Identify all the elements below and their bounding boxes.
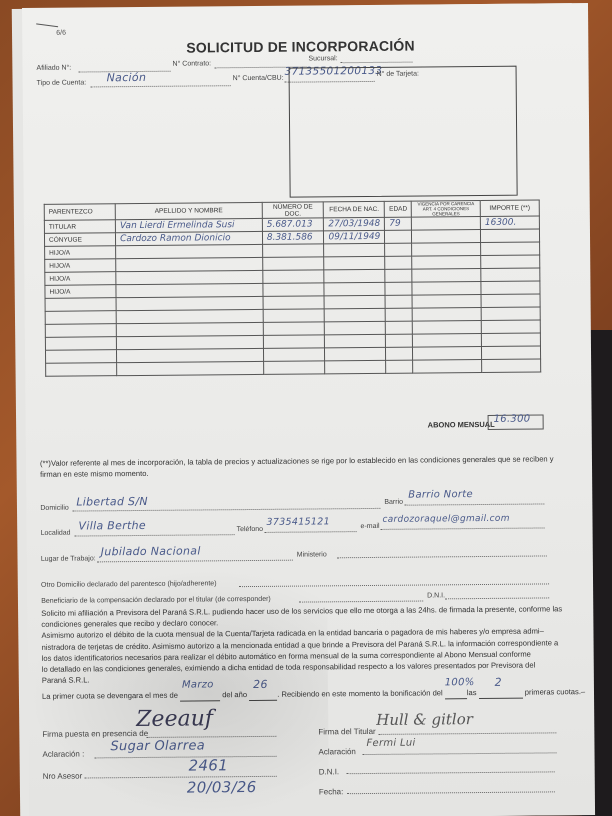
nro-asesor-value: 2461 bbox=[189, 756, 229, 774]
cell-edad[interactable] bbox=[385, 230, 412, 243]
dni-beneficiario-field[interactable] bbox=[445, 597, 549, 599]
footnote-text: (**)Valor referente al mes de incorporac… bbox=[40, 453, 560, 480]
domicilio-value: Libertad S/N bbox=[76, 495, 148, 509]
cell-nombre[interactable] bbox=[116, 296, 263, 310]
col-fecha-nac: FECHA DE NAC. bbox=[324, 201, 385, 218]
trabajo-field[interactable] bbox=[97, 560, 293, 563]
cell-nombre[interactable] bbox=[116, 244, 263, 258]
aclaracion-asesor-label: Aclaración : bbox=[42, 749, 84, 758]
telefono-label: Teléfono bbox=[237, 526, 264, 533]
cell-fecha-nac[interactable] bbox=[325, 334, 386, 348]
cell-nombre[interactable] bbox=[116, 335, 263, 349]
firma-presencia-field[interactable] bbox=[146, 736, 276, 738]
contrato-label: N° Contrato: bbox=[172, 60, 211, 67]
dni-titular-label: D.N.I. bbox=[319, 767, 340, 776]
cell-parentesco bbox=[45, 298, 116, 312]
tipo-cuenta-label: Tipo de Cuenta: bbox=[37, 79, 87, 86]
cell-edad[interactable] bbox=[385, 295, 412, 308]
pen-mark bbox=[36, 23, 58, 27]
telefono-field[interactable] bbox=[265, 531, 357, 533]
year-value: 26 bbox=[253, 679, 268, 690]
barrio-label: Barrio bbox=[384, 499, 403, 506]
localidad-label: Localidad bbox=[41, 530, 71, 537]
cell-edad[interactable] bbox=[385, 308, 412, 321]
cuotas-field[interactable]: 2 bbox=[479, 687, 523, 700]
asesor-signature: Zeeauf bbox=[136, 706, 213, 732]
cuotas-value: 2 bbox=[495, 677, 502, 688]
cell-fecha-nac[interactable] bbox=[324, 295, 385, 309]
cell-fecha-nac[interactable] bbox=[325, 360, 386, 374]
otro-domicilio-label: Otro Domicilio declarado del parentesco … bbox=[41, 580, 217, 589]
domicilio-field[interactable] bbox=[72, 508, 380, 512]
year-field[interactable]: 26 bbox=[249, 689, 277, 701]
cell-vigencia[interactable] bbox=[413, 308, 482, 322]
cell-nombre[interactable]: Van Lierdi Ermelinda Susi bbox=[115, 218, 262, 232]
sucursal-label: Sucursal: bbox=[308, 55, 337, 62]
cell-fecha-nac[interactable] bbox=[325, 308, 386, 322]
col-importe: IMPORTE (**) bbox=[480, 200, 539, 217]
cell-nombre[interactable] bbox=[116, 322, 263, 336]
cell-parentesco: CÓNYUGE bbox=[44, 233, 115, 247]
firma-titular-field[interactable] bbox=[378, 732, 556, 735]
otro-domicilio-field[interactable] bbox=[239, 583, 549, 587]
cell-edad[interactable] bbox=[385, 269, 412, 282]
fecha-nac-value: 27/03/1948 bbox=[328, 219, 380, 229]
fecha-asesor-value: 20/03/26 bbox=[187, 778, 257, 797]
cell-fecha-nac[interactable] bbox=[324, 269, 385, 283]
cell-importe[interactable] bbox=[481, 346, 540, 360]
col-nombre: APELLIDO Y NOMBRE bbox=[115, 202, 262, 219]
cell-parentesco bbox=[45, 350, 116, 364]
sucursal-field[interactable] bbox=[340, 62, 412, 64]
cell-importe[interactable]: 16300. bbox=[480, 216, 539, 230]
authorization-paragraph: Solicito mi afiliación a Previsora del P… bbox=[41, 603, 582, 686]
email-value: cardozoraquel@gmail.com bbox=[382, 514, 509, 525]
bonus-text: . Recibiendo en este momento la bonifica… bbox=[277, 688, 443, 698]
cell-importe[interactable] bbox=[482, 359, 541, 373]
cell-fecha-nac[interactable]: 27/03/1948 bbox=[324, 217, 385, 231]
month-field[interactable]: Marzo bbox=[180, 689, 220, 702]
cell-parentesco bbox=[46, 363, 117, 377]
cell-doc[interactable]: 5.687.013 bbox=[262, 218, 324, 232]
cuenta-cbu-label: N° Cuenta/CBU: bbox=[233, 75, 284, 82]
form-title: SOLICITUD DE INCORPORACIÓN bbox=[186, 38, 415, 56]
cell-parentesco bbox=[45, 311, 116, 325]
col-parentezco: PARENTEZCO bbox=[44, 204, 115, 221]
cell-importe[interactable] bbox=[481, 294, 540, 308]
barrio-field[interactable] bbox=[404, 503, 544, 505]
cell-nombre[interactable]: Cardozo Ramon Dionicio bbox=[116, 231, 263, 245]
beneficiario-field[interactable] bbox=[299, 601, 423, 603]
cell-vigencia[interactable] bbox=[413, 360, 482, 374]
cell-parentesco: HIJO/A bbox=[45, 285, 116, 299]
cell-edad[interactable] bbox=[386, 347, 413, 360]
first-payment-line: La primer cuota se devengara el mes de M… bbox=[42, 686, 602, 703]
tipo-cuenta-value: Nación bbox=[107, 71, 147, 84]
email-label: e-mail bbox=[361, 523, 380, 530]
abono-mensual-value: 16.300 bbox=[494, 414, 531, 425]
col-vigencia: VIGENCIA POR CARENCIA ART. 4 CONDICIONES… bbox=[412, 201, 481, 218]
bonus-pct-value: 100% bbox=[445, 677, 475, 688]
cell-fecha-nac[interactable]: 09/11/1949 bbox=[324, 230, 385, 244]
cell-fecha-nac[interactable] bbox=[324, 282, 385, 296]
aclaracion-titular-label: Aclaración bbox=[318, 747, 355, 756]
cell-doc[interactable] bbox=[263, 309, 325, 323]
cell-doc[interactable] bbox=[263, 348, 325, 362]
dni-titular-field[interactable] bbox=[347, 771, 555, 774]
cell-nombre[interactable] bbox=[117, 348, 264, 362]
members-table-body: TITULARVan Lierdi Ermelinda Susi5.687.01… bbox=[44, 216, 540, 376]
aclaracion-titular-field[interactable] bbox=[363, 752, 557, 755]
cell-edad[interactable] bbox=[385, 282, 412, 295]
cell-parentesco bbox=[45, 324, 116, 338]
first-payment-prefix: La primer cuota se devengara el mes de bbox=[42, 691, 178, 701]
fecha-titular-field[interactable] bbox=[347, 791, 555, 794]
cell-doc[interactable] bbox=[263, 335, 325, 349]
localidad-field[interactable] bbox=[75, 534, 235, 536]
page-number: 6/6 bbox=[56, 30, 66, 37]
cell-parentesco: HIJO/A bbox=[45, 272, 116, 286]
dni-beneficiario-label: D.N.I. bbox=[427, 592, 445, 599]
cell-vigencia[interactable] bbox=[413, 347, 482, 361]
cell-nombre[interactable] bbox=[117, 361, 264, 375]
cell-fecha-nac[interactable] bbox=[325, 321, 386, 335]
cell-edad[interactable] bbox=[385, 243, 412, 256]
photo-box bbox=[289, 66, 518, 198]
nro-asesor-label: Nro Asesor bbox=[43, 772, 83, 781]
members-table: PARENTEZCO APELLIDO Y NOMBRE NÚMERO DE D… bbox=[44, 199, 541, 376]
trabajo-value: Jubilado Nacional bbox=[101, 544, 201, 558]
cell-importe[interactable] bbox=[481, 333, 540, 347]
cell-edad[interactable] bbox=[385, 256, 412, 269]
cell-parentesco bbox=[45, 337, 116, 351]
cell-parentesco: HIJO/A bbox=[45, 246, 116, 260]
edad-value: 79 bbox=[389, 219, 401, 229]
cell-vigencia[interactable] bbox=[413, 334, 482, 348]
month-value: Marzo bbox=[182, 679, 214, 690]
barrio-value: Barrio Norte bbox=[408, 489, 473, 501]
cell-doc[interactable] bbox=[263, 361, 325, 375]
localidad-value: Villa Berthe bbox=[78, 519, 146, 533]
cell-vigencia[interactable] bbox=[412, 217, 481, 231]
cell-vigencia[interactable] bbox=[413, 321, 482, 335]
ministerio-field[interactable] bbox=[337, 555, 547, 558]
cell-importe[interactable] bbox=[481, 320, 540, 334]
cell-edad[interactable] bbox=[386, 321, 413, 334]
form-page: 6/6 SOLICITUD DE INCORPORACIÓN Afiliado … bbox=[22, 3, 595, 816]
aclaracion-asesor-value: Sugar Olarrea bbox=[110, 738, 205, 754]
cell-importe[interactable] bbox=[481, 242, 540, 256]
bonus-pct-field[interactable]: 100% bbox=[445, 687, 467, 699]
doc-value: 5.687.013 bbox=[267, 219, 313, 229]
cell-doc[interactable] bbox=[262, 244, 324, 258]
cell-importe[interactable] bbox=[481, 307, 540, 321]
cell-nombre[interactable] bbox=[116, 270, 263, 284]
abono-mensual-label: ABONO MENSUAL bbox=[428, 420, 495, 430]
importe-value: 16300. bbox=[485, 218, 517, 228]
cell-importe[interactable] bbox=[480, 229, 539, 243]
doc-value: 8.381.586 bbox=[267, 232, 313, 242]
cell-importe[interactable] bbox=[481, 255, 540, 269]
col-edad: EDAD bbox=[385, 201, 412, 217]
cell-doc[interactable] bbox=[263, 322, 325, 336]
fecha-nac-value: 09/11/1949 bbox=[328, 232, 380, 242]
cell-parentesco: HIJO/A bbox=[45, 259, 116, 273]
cell-fecha-nac[interactable] bbox=[324, 256, 385, 270]
firma-presencia-label: Firma puesta en presencia de bbox=[42, 729, 148, 739]
email-field[interactable] bbox=[381, 527, 545, 529]
nombre-value: Cardozo Ramon Dionicio bbox=[120, 233, 231, 244]
cell-vigencia[interactable] bbox=[412, 243, 481, 257]
cell-vigencia[interactable] bbox=[412, 282, 481, 296]
first-payment-suffix: primeras cuotas.– bbox=[525, 687, 585, 697]
col-doc: NÚMERO DE DOC. bbox=[262, 202, 324, 219]
cell-doc[interactable]: 8.381.586 bbox=[262, 231, 324, 245]
cell-edad[interactable] bbox=[386, 360, 413, 373]
cell-doc[interactable] bbox=[263, 283, 325, 297]
trabajo-label: Lugar de Trabajo: bbox=[41, 555, 96, 562]
cell-nombre[interactable] bbox=[116, 283, 263, 297]
afiliado-label: Afiliado N°: bbox=[36, 65, 71, 72]
cell-parentesco: TITULAR bbox=[44, 220, 115, 234]
ministerio-label: Ministerio bbox=[297, 551, 327, 558]
cell-nombre[interactable] bbox=[116, 257, 263, 271]
cell-importe[interactable] bbox=[481, 281, 540, 295]
cell-doc[interactable] bbox=[263, 270, 325, 284]
las-label: las bbox=[467, 688, 477, 697]
cell-vigencia[interactable] bbox=[412, 256, 481, 270]
cell-doc[interactable] bbox=[263, 257, 325, 271]
cell-vigencia[interactable] bbox=[412, 230, 481, 244]
telefono-value: 3735415121 bbox=[266, 516, 330, 528]
aclaracion-asesor-field[interactable] bbox=[95, 756, 277, 759]
beneficiario-label: Beneficiario de la compensación declarad… bbox=[41, 596, 271, 605]
nombre-value: Van Lierdi Ermelinda Susi bbox=[120, 220, 235, 231]
firma-titular-label: Firma del Titular bbox=[318, 727, 375, 737]
tipo-cuenta-field[interactable] bbox=[91, 85, 231, 87]
aclaracion-titular-value: Fermi Lui bbox=[366, 738, 415, 749]
cell-importe[interactable] bbox=[481, 268, 540, 282]
cell-vigencia[interactable] bbox=[412, 269, 481, 283]
cell-doc[interactable] bbox=[263, 296, 325, 310]
cell-fecha-nac[interactable] bbox=[324, 243, 385, 257]
cell-fecha-nac[interactable] bbox=[325, 347, 386, 361]
titular-signature: Hull & gitlor bbox=[376, 710, 473, 729]
cell-vigencia[interactable] bbox=[412, 295, 481, 309]
domicilio-label: Domicilio bbox=[40, 505, 68, 512]
year-label: del año bbox=[222, 690, 247, 699]
cell-edad[interactable] bbox=[386, 334, 413, 347]
fecha-titular-label: Fecha: bbox=[319, 787, 344, 796]
cell-nombre[interactable] bbox=[116, 309, 263, 323]
cell-edad[interactable]: 79 bbox=[385, 217, 412, 230]
